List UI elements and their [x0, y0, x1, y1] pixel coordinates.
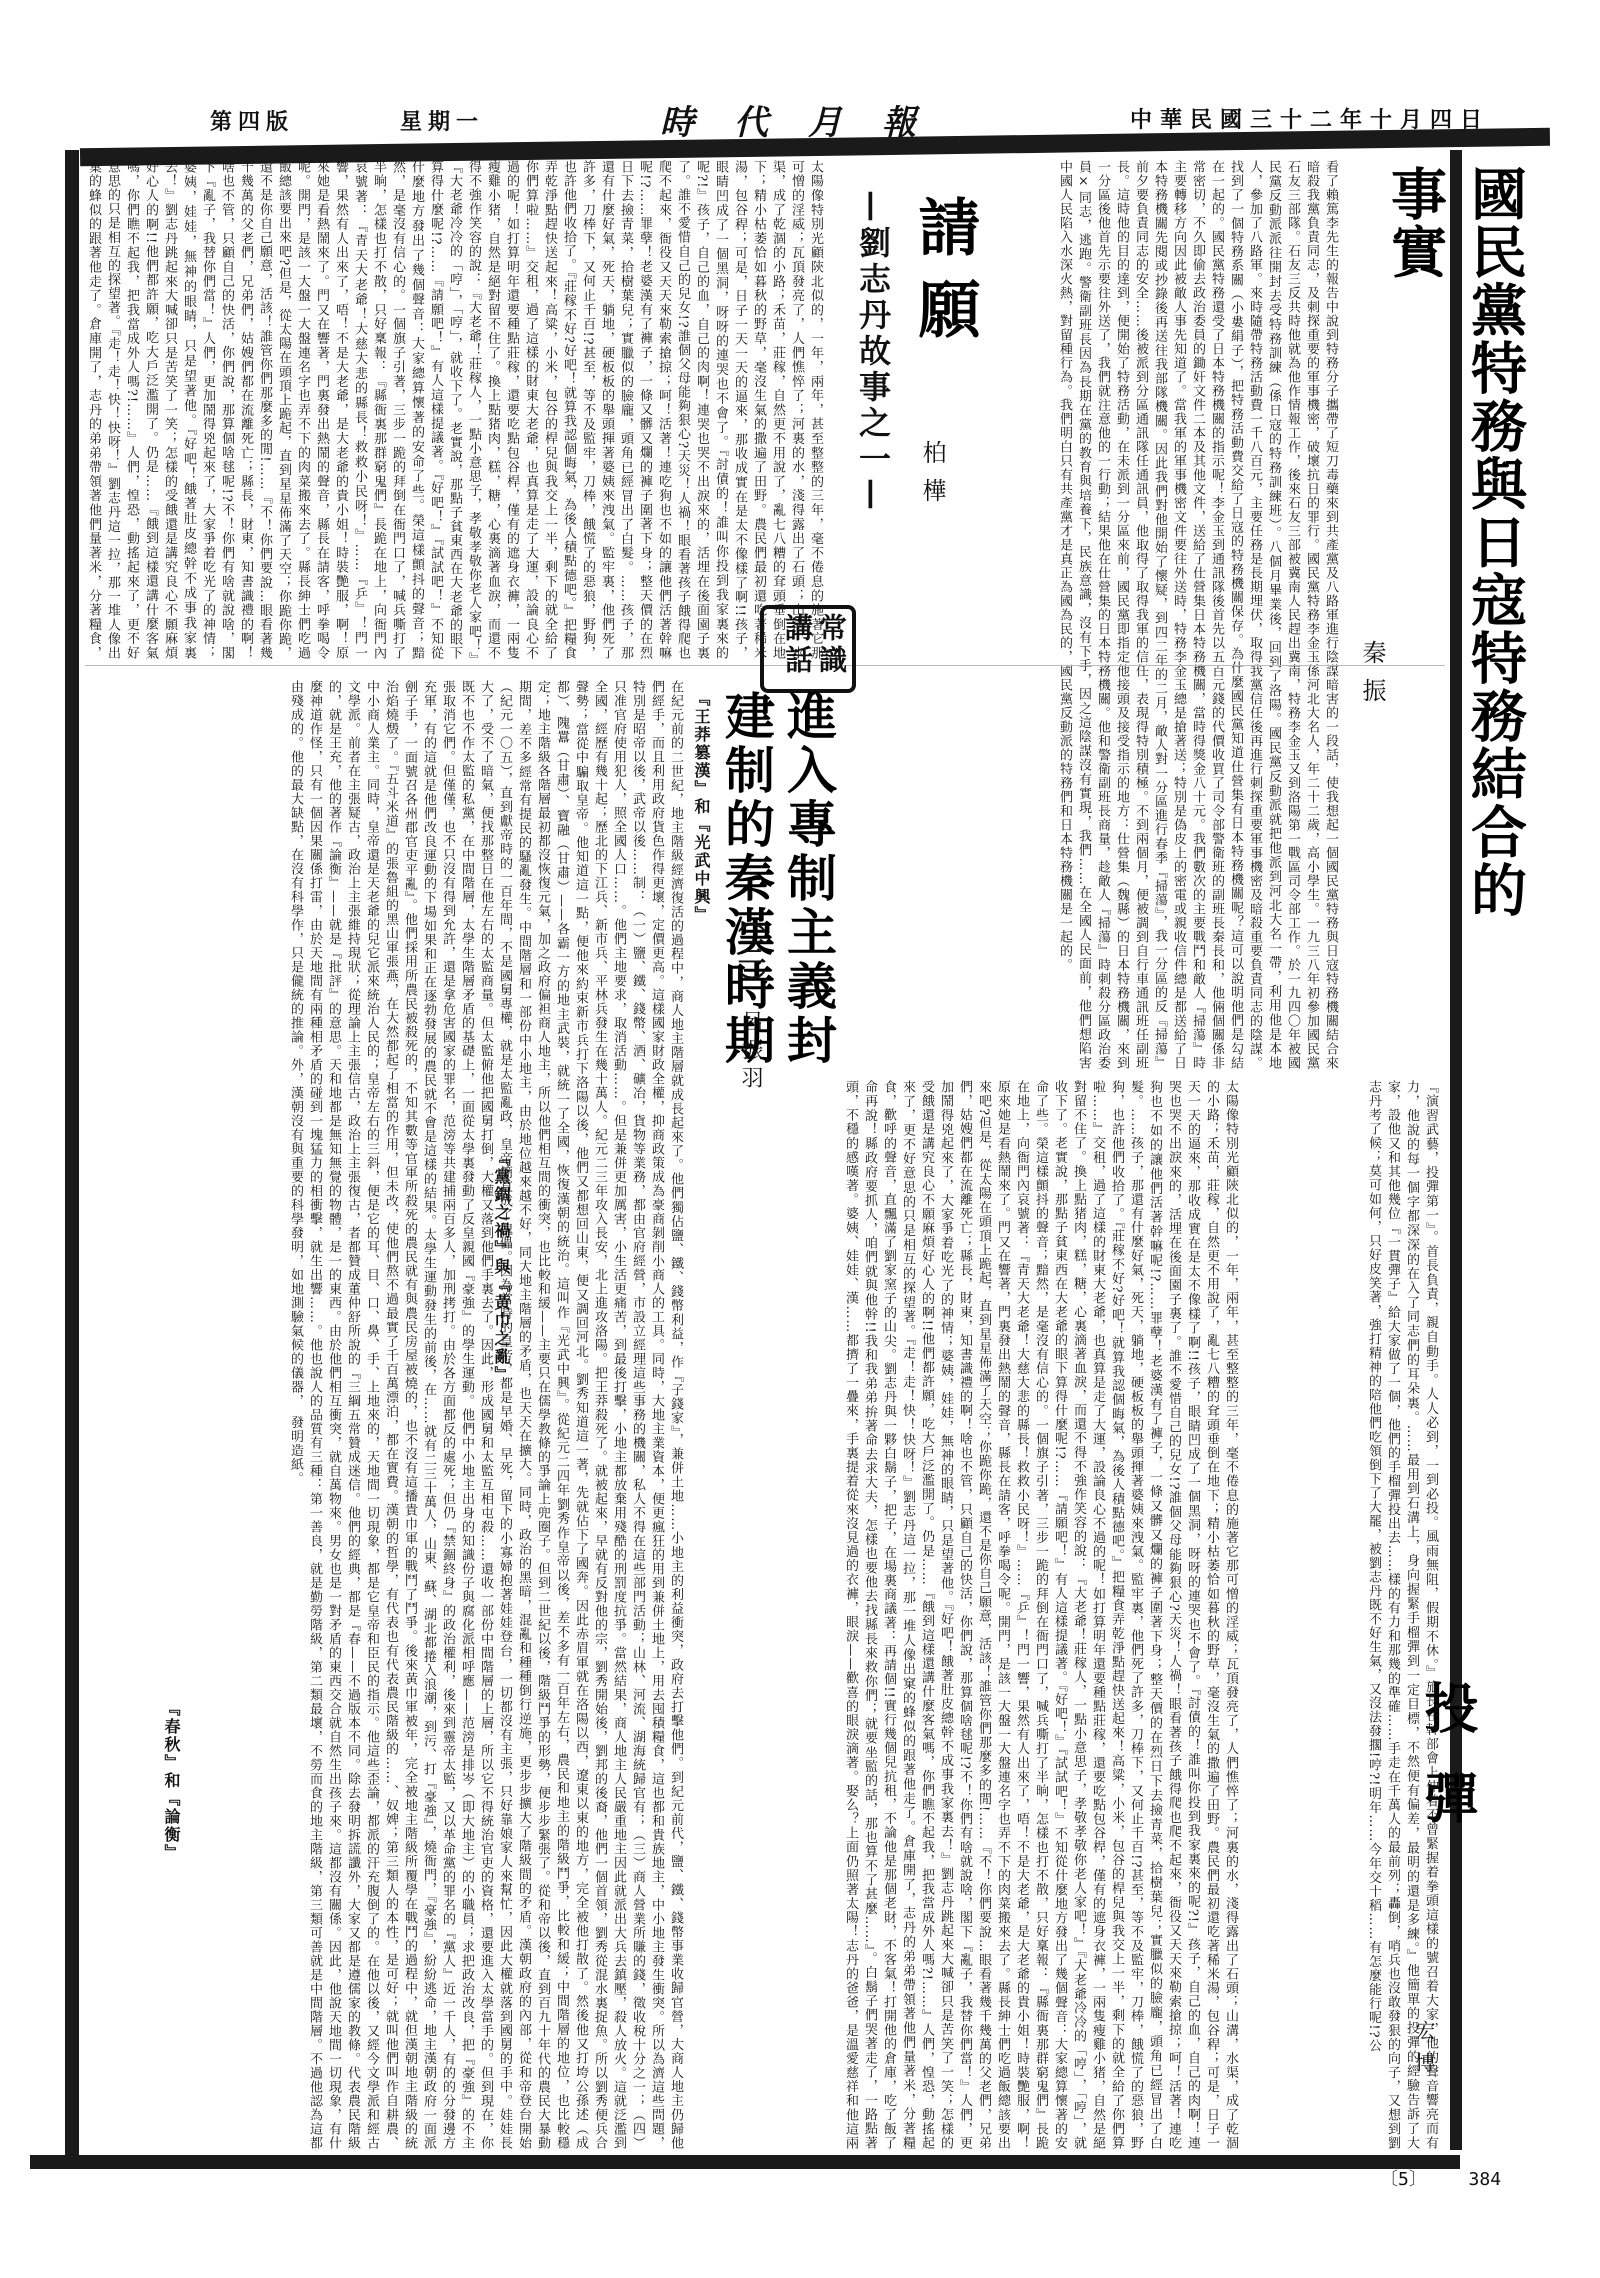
article-title-qin-han: 進入專制主義封建制的秦漢時期 — [715, 690, 839, 1110]
page-number: 〔5〕 — [1380, 2169, 1427, 2190]
byline-qin-han: 呂振羽 — [735, 1010, 766, 1094]
article-body-grenade: 『演習武藝，投彈第一』。首長負責，親自動手。人人必到，一到必投。風雨無阻，假期不… — [1250, 1080, 1440, 2150]
article-part-number: （三） — [730, 905, 770, 1001]
article-title-petition: 請願 — [900, 195, 989, 359]
page-label: 第四版 — [210, 105, 294, 136]
page-footer: 〔5〕 384 — [1380, 2165, 1501, 2191]
byline-kmt-spies: 秦振 — [1355, 640, 1390, 716]
bottom-rule — [30, 2155, 1460, 2169]
left-border — [65, 150, 79, 2160]
masthead: 第四版 星期一 時代月報 中華民國三十二年十月四日 — [60, 95, 1550, 135]
article-subtitle-petition: —劉志丹故事之一— — [850, 190, 896, 514]
article-title-kmt-spies: 國民黨特務與日寇特務結合的事實 — [1375, 165, 1535, 965]
section-heading-wang-mang: 『王莽篡漢』和『光武中興』 — [690, 690, 713, 924]
serial-number: 384 — [1469, 2169, 1502, 2190]
byline-petition: 柏樺 — [915, 440, 950, 516]
column-label-common-sense: 常識講話 — [760, 605, 856, 693]
article-body-petition: 太陽像特別光顧陝北似的，一年，兩年，甚至整整的三年，毫不倦息的施著它那可憎的淫威… — [85, 160, 825, 660]
article-body-petition-continued: 太陽像特別光顧陝北似的，一年，兩年，甚至整整的三年，毫不倦息的施著它那可憎的淫威… — [840, 1080, 1240, 2150]
weekday: 星期一 — [400, 105, 484, 136]
article-body-kmt-spies: 看了賴篤李先生的報告中說到特務分子攜帶了短刀毒藥來到共產黨及八路軍進行陰謀暗害的… — [990, 160, 1340, 1070]
column-label-text: 常識講話 — [768, 613, 848, 685]
article-body-qin-han: 在紀元前的二世紀，地主階級經濟復活的過程中，商人地主階層就成長起來了。他們獨佔鹽… — [85, 680, 685, 2150]
